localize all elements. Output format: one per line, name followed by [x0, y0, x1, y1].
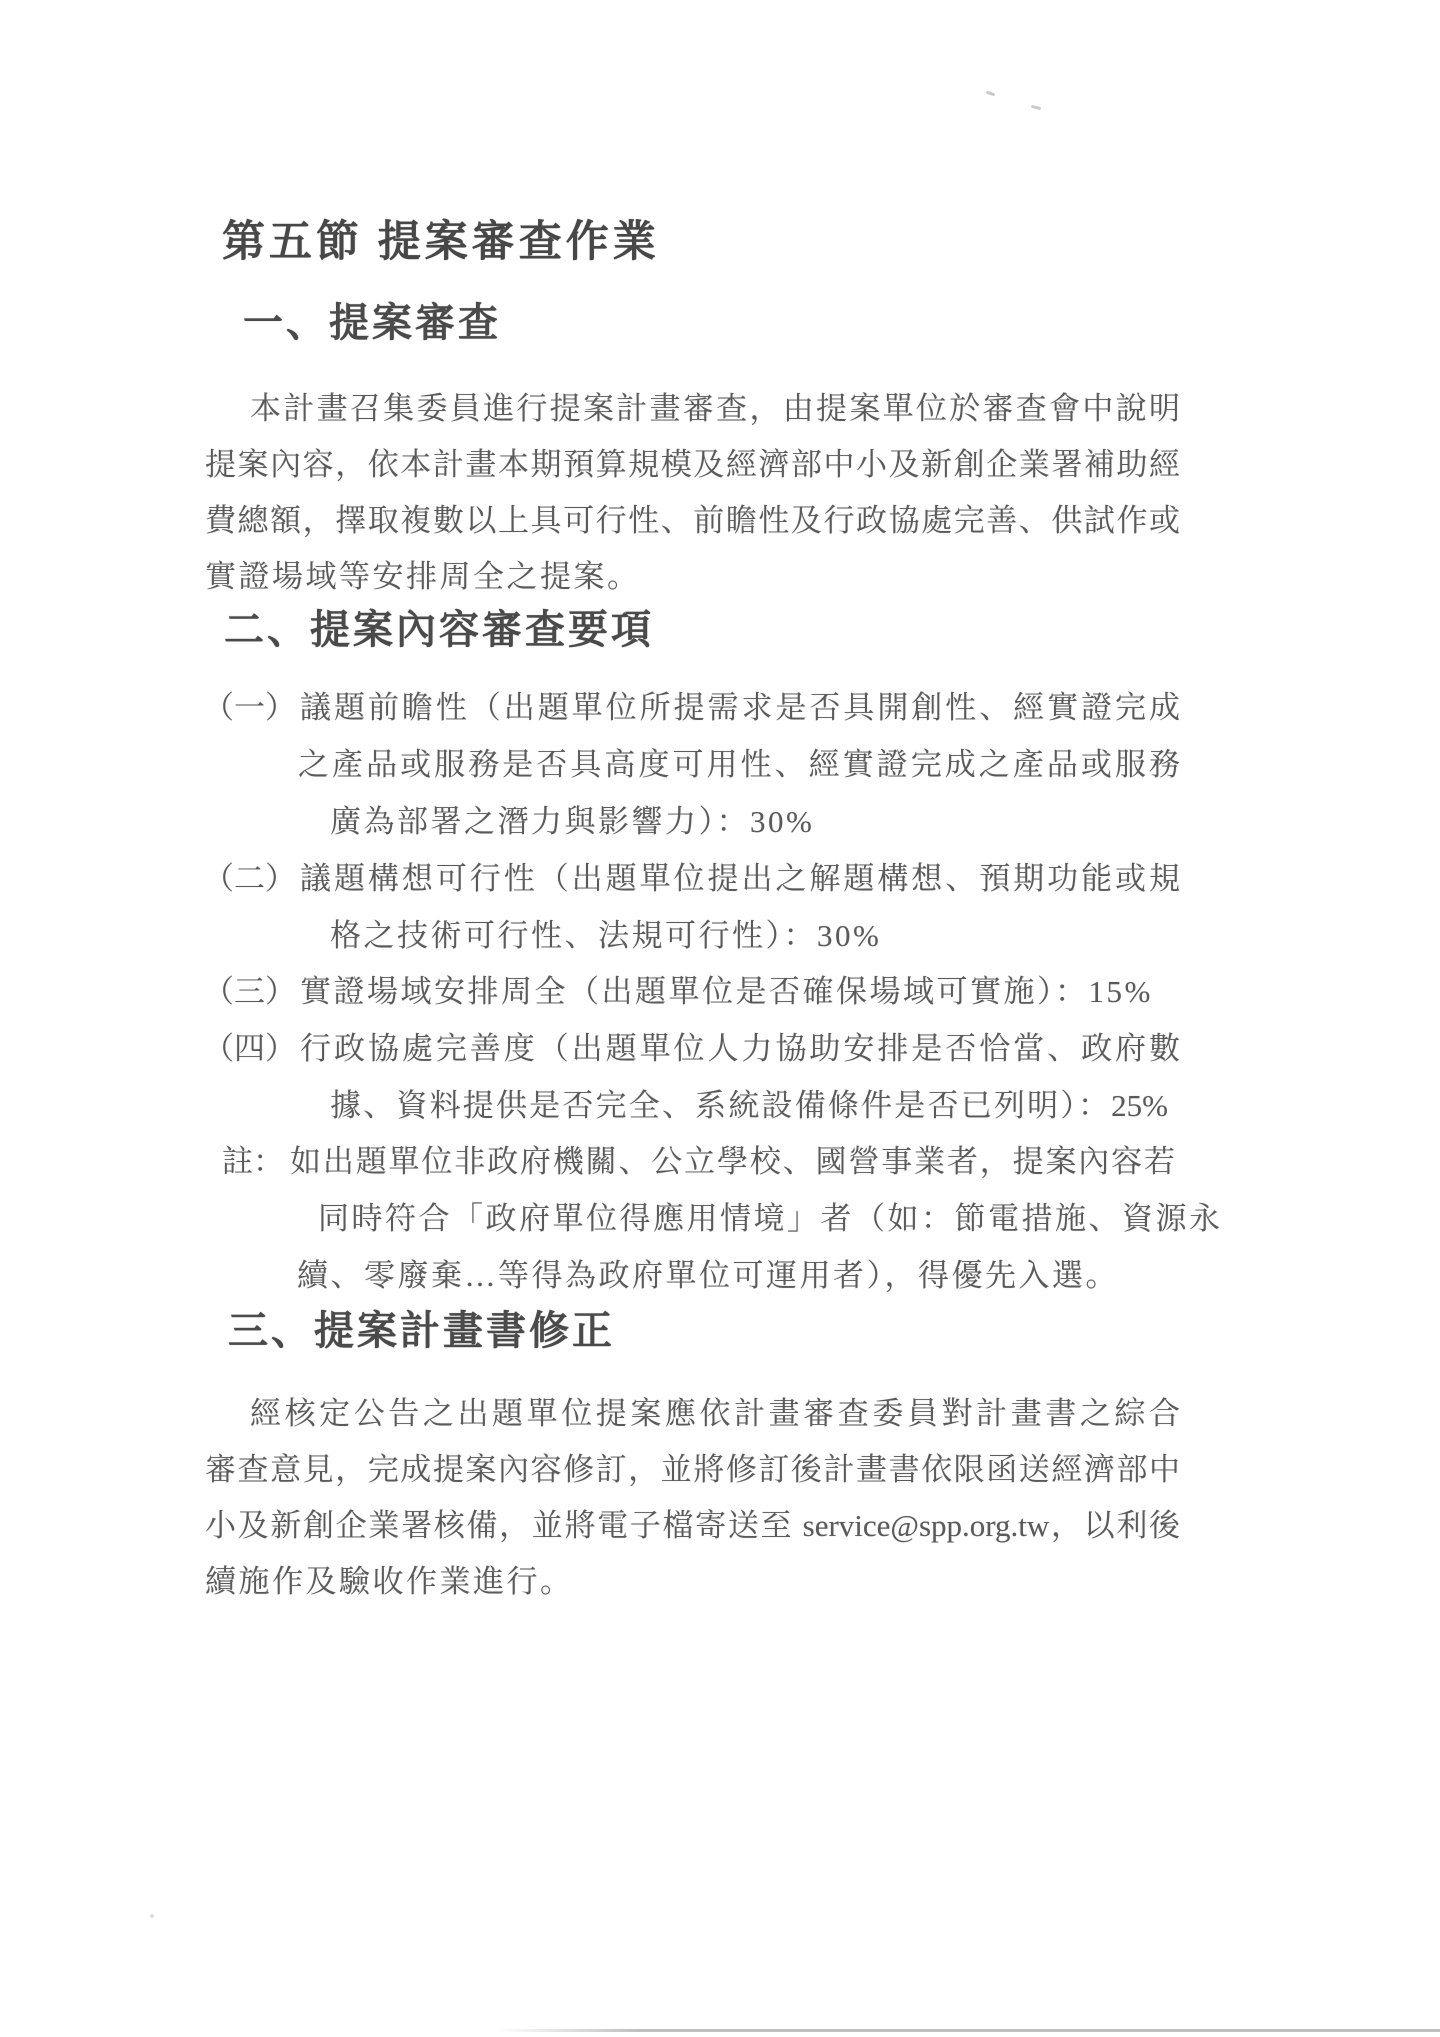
scan-edge-line — [497, 2029, 1440, 2032]
note-line: 續、零廢棄…等得為政府單位可運用者），得優先入選。 — [297, 1256, 1119, 1296]
item-line: 之產品或服務是否具高度可用性、經實證完成之產品或服務 — [298, 745, 1180, 785]
scan-speck — [150, 1914, 154, 1918]
item-label: （一） — [203, 688, 296, 728]
paragraph-line: 費總額，擇取複數以上具可行性、前瞻性及行政協處完善、供試作或 — [205, 501, 1180, 541]
item-line: 行政協處完善度（出題單位人力協助安排是否恰當、政府數 — [300, 1029, 1180, 1069]
note-line: 如出題單位非政府機關、公立學校、國營事業者，提案內容若 — [290, 1142, 1175, 1182]
paragraph-line: 審查意見，完成提案內容修訂，並將修訂後計畫書依限函送經濟部中 — [205, 1450, 1180, 1490]
scan-speck — [1031, 105, 1041, 110]
paragraph-line: 實證場域等安排周全之提案。 — [205, 557, 641, 597]
item-label: （二） — [203, 859, 296, 899]
item-line: 議題前瞻性（出題單位所提需求是否具開創性、經實證完成 — [300, 688, 1180, 728]
section-title: 第五節 提案審查作業 — [222, 218, 660, 267]
item-line: 廣為部署之潛力與影響力）：30% — [330, 802, 814, 842]
item-line: 據、資料提供是否完全、系統設備條件是否已列明）：25% — [330, 1086, 1168, 1126]
item-line: 議題構想可行性（出題單位提出之解題構想、預期功能或規 — [300, 859, 1180, 899]
paragraph-line: 續施作及驗收作業進行。 — [205, 1562, 574, 1602]
scanned-document-page: 第五節 提案審查作業 一、提案審查 本計畫召集委員進行提案計畫審查，由提案單位於… — [0, 0, 1440, 2037]
scan-speck — [986, 91, 995, 97]
paragraph-line: 本計畫召集委員進行提案計畫審查，由提案單位於審查會中說明 — [250, 389, 1180, 429]
item-label: （四） — [203, 1029, 296, 1069]
note-label: 註： — [222, 1142, 284, 1182]
heading-proposal-review: 一、提案審查 — [243, 300, 501, 346]
item-label: （三） — [203, 972, 296, 1012]
paragraph-line: 提案內容，依本計畫本期預算規模及經濟部中小及新創企業署補助經 — [205, 445, 1180, 485]
heading-review-criteria: 二、提案內容審查要項 — [224, 607, 654, 653]
paragraph-line: 小及新創企業署核備，並將電子檔寄送至 service@spp.org.tw，以利… — [205, 1506, 1180, 1546]
paragraph-line: 經核定公告之出題單位提案應依計畫審查委員對計畫書之綜合 — [250, 1394, 1180, 1434]
item-line: 實證場域安排周全（出題單位是否確保場域可實施）：15% — [300, 972, 1153, 1012]
item-line: 格之技術可行性、法規可行性）：30% — [330, 916, 881, 956]
heading-proposal-revision: 三、提案計畫書修正 — [228, 1308, 615, 1354]
note-line: 同時符合「政府單位得應用情境」者（如：節電措施、資源永 — [318, 1199, 1223, 1239]
